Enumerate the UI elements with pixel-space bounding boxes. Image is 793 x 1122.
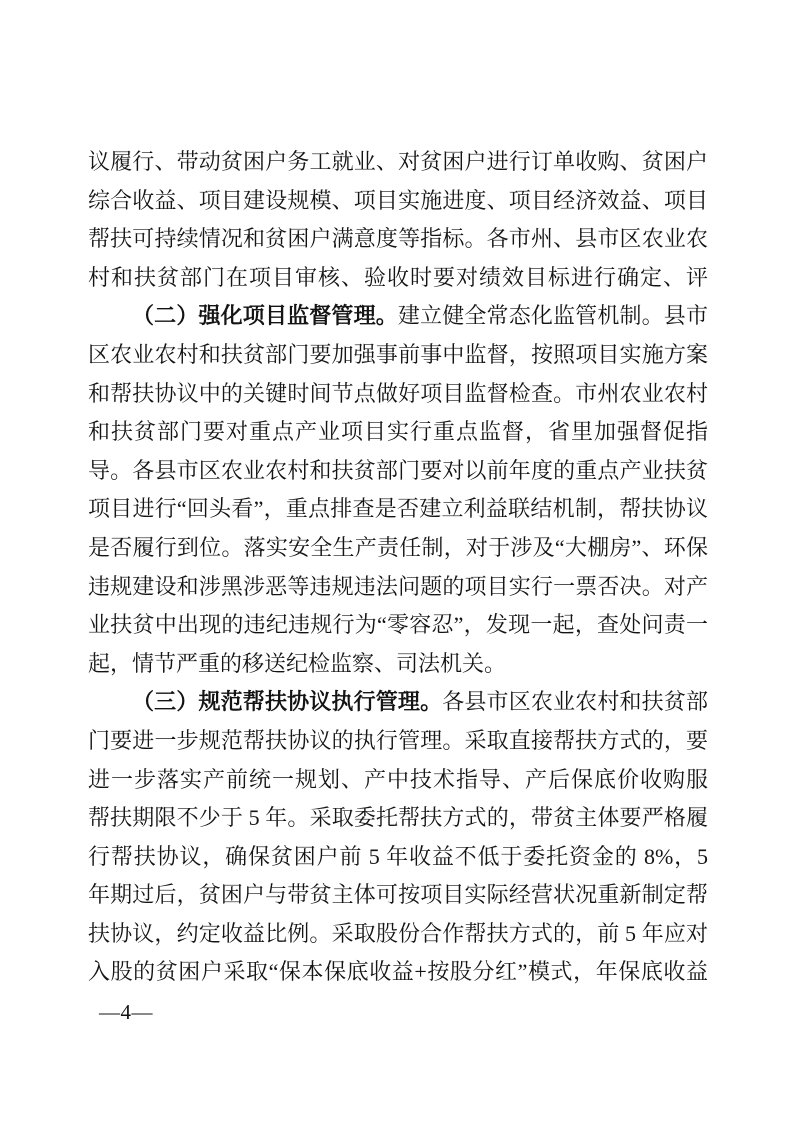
text-line: 项目进行“回头看”，重点排查是否建立利益联结机制，帮扶协议 <box>88 490 708 529</box>
text-line: 帮扶可持续情况和贫困户满意度等指标。各市州、县市区农业农 <box>88 220 708 259</box>
text-line: 导。各县市区农业农村和扶贫部门要对以前年度的重点产业扶贫 <box>88 452 708 491</box>
text-line: 行帮扶协议，确保贫困户前 5 年收益不低于委托资金的 8%，5 <box>88 838 708 877</box>
text-line: 和扶贫部门要对重点产业项目实行重点监督，省里加强督促指 <box>88 413 708 452</box>
text-line: （三）规范帮扶协议执行管理。各县市区农业农村和扶贫部 <box>88 683 708 722</box>
text-line: 入股的贫困户采取“保本保底收益+按股分红”模式，年保底收益 <box>88 953 708 992</box>
document-page: 议履行、带动贫困户务工就业、对贫困户进行订单收购、贫困户综合收益、项目建设规模、… <box>0 0 793 1122</box>
text-line: 是否履行到位。落实安全生产责任制，对于涉及“大棚房”、环保 <box>88 529 708 568</box>
paragraph-heading: （三）规范帮扶协议执行管理。 <box>132 689 442 714</box>
text-line: 年期过后，贫困户与带贫主体可按项目实际经营状况重新制定帮 <box>88 876 708 915</box>
text-line: 议履行、带动贫困户务工就业、对贫困户进行订单收购、贫困户 <box>88 143 708 182</box>
text-line: 起，情节严重的移送纪检监察、司法机关。 <box>88 645 708 684</box>
text-line: 进一步落实产前统一规划、产中技术指导、产后保底价收购服务， <box>88 761 708 800</box>
text-line: （二）强化项目监督管理。建立健全常态化监管机制。县市 <box>88 297 708 336</box>
text-line: 帮扶期限不少于 5 年。采取委托帮扶方式的，带贫主体要严格履 <box>88 799 708 838</box>
document-body: 议履行、带动贫困户务工就业、对贫困户进行订单收购、贫困户综合收益、项目建设规模、… <box>88 143 708 992</box>
paragraph-heading: （二）强化项目监督管理。 <box>132 303 398 328</box>
text-line: 综合收益、项目建设规模、项目实施进度、项目经济效益、项目 <box>88 182 708 221</box>
page-number: —4— <box>99 999 153 1025</box>
text-line: 区农业农村和扶贫部门要加强事前事中监督，按照项目实施方案 <box>88 336 708 375</box>
text-line: 和帮扶协议中的关键时间节点做好项目监督检查。市州农业农村 <box>88 375 708 414</box>
text-line: 业扶贫中出现的违纪违规行为“零容忍”，发现一起，查处问责一 <box>88 606 708 645</box>
text-line: 违规建设和涉黑涉恶等违规违法问题的项目实行一票否决。对产 <box>88 568 708 607</box>
text-line: 门要进一步规范帮扶协议的执行管理。采取直接帮扶方式的，要 <box>88 722 708 761</box>
text-line: 扶协议，约定收益比例。采取股份合作帮扶方式的，前 5 年应对 <box>88 915 708 954</box>
text-line: 村和扶贫部门在项目审核、验收时要对绩效目标进行确定、评价。 <box>88 259 708 298</box>
